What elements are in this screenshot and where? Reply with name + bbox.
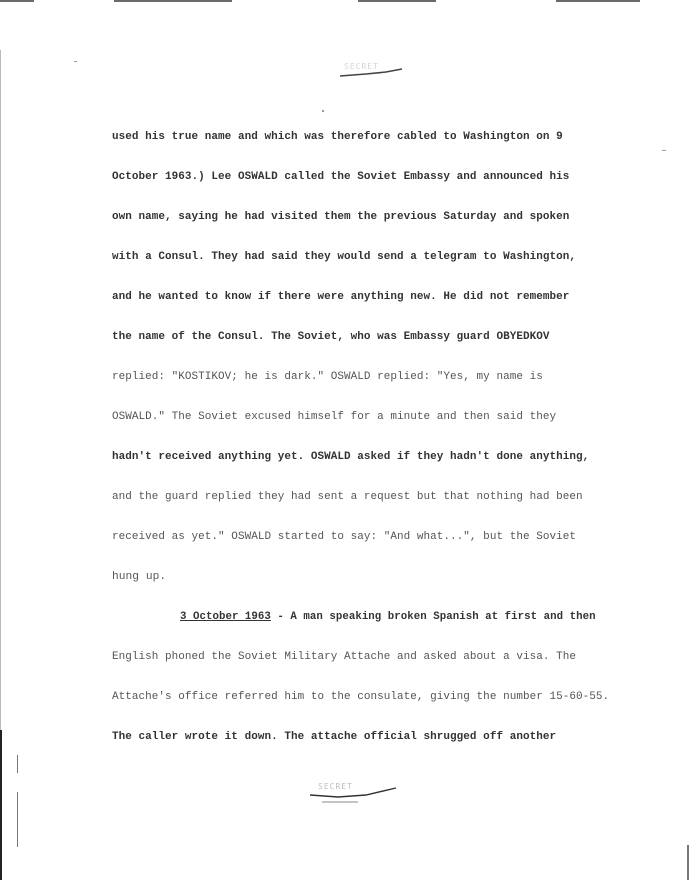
document-page: SECRET used his true name and which was … (0, 0, 689, 880)
scan-mark (17, 792, 18, 847)
text-line-rest: - A man speaking broken Spanish at first… (271, 611, 596, 623)
text-line: October 1963.) Lee OSWALD called the Sov… (112, 170, 569, 184)
text-line: used his true name and which was therefo… (112, 130, 563, 144)
header-classification-stamp: SECRET (336, 64, 406, 80)
text-line: the name of the Consul. The Soviet, who … (112, 330, 549, 344)
text-line: English phoned the Soviet Military Attac… (112, 650, 576, 664)
stray-mark (322, 110, 324, 112)
header-stamp-text: SECRET (344, 62, 379, 71)
text-line: with a Consul. They had said they would … (112, 250, 576, 264)
text-line: and he wanted to know if there were anyt… (112, 290, 569, 304)
footer-classification-stamp: SECRET (308, 782, 400, 806)
paragraph-first-line: 3 October 1963 - A man speaking broken S… (180, 610, 596, 624)
text-line: The caller wrote it down. The attache of… (112, 730, 556, 744)
text-line: and the guard replied they had sent a re… (112, 490, 583, 504)
scan-edge-line (358, 0, 436, 2)
text-line: own name, saying he had visited them the… (112, 210, 569, 224)
scan-edge-line (114, 0, 232, 2)
stray-mark (662, 150, 666, 151)
text-line: OSWALD." The Soviet excused himself for … (112, 410, 556, 424)
scan-edge-line (0, 0, 34, 2)
text-line: replied: "KOSTIKOV; he is dark." OSWALD … (112, 370, 543, 384)
text-line: hadn't received anything yet. OSWALD ask… (112, 450, 589, 464)
scan-left-bar (0, 730, 2, 880)
stray-mark (74, 61, 77, 62)
entry-date: 3 October 1963 (180, 611, 271, 623)
text-line: hung up. (112, 570, 166, 584)
scan-edge-line (556, 0, 640, 2)
scan-mark (17, 755, 18, 773)
text-line: Attache's office referred him to the con… (112, 690, 609, 704)
footer-stamp-text: SECRET (318, 782, 353, 791)
text-line: received as yet." OSWALD started to say:… (112, 530, 576, 544)
